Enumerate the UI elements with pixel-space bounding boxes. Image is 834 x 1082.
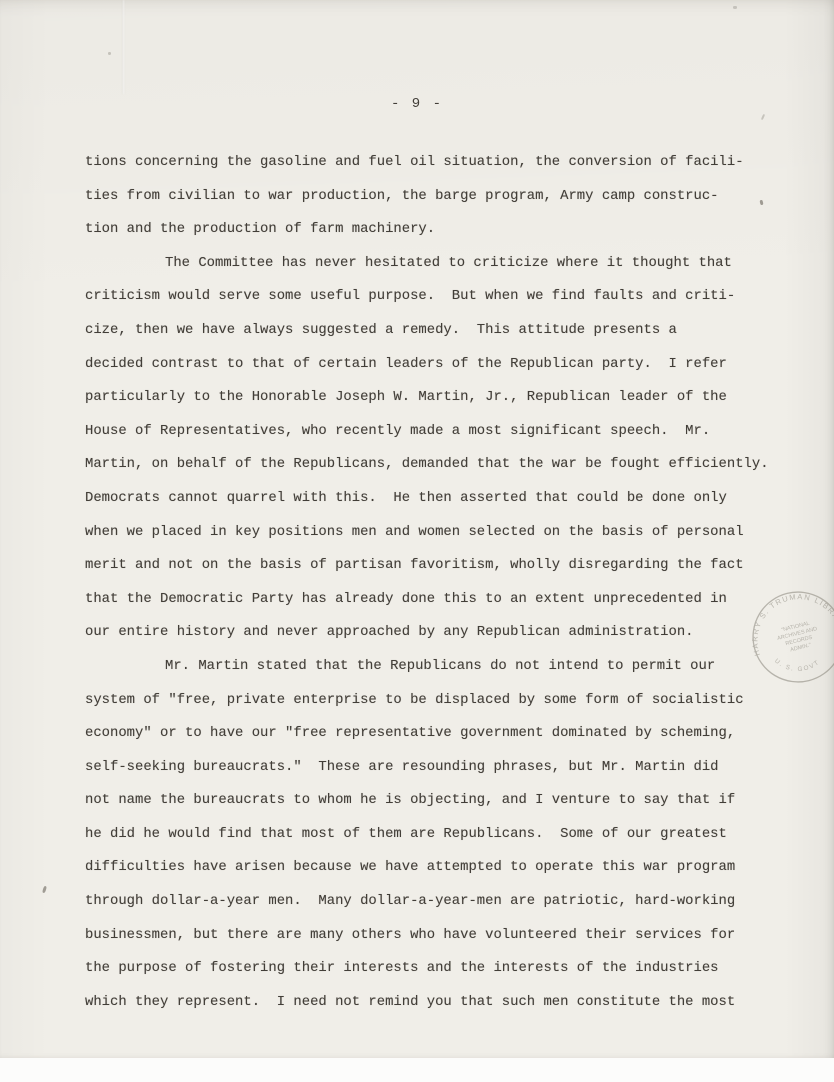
- text-line: Mr. Martin stated that the Republicans d…: [85, 650, 785, 684]
- text-line: tions concerning the gasoline and fuel o…: [85, 146, 785, 180]
- text-line: he did he would find that most of them a…: [85, 818, 785, 852]
- text-line: Democrats cannot quarrel with this. He t…: [85, 482, 785, 516]
- text-line: through dollar-a-year men. Many dollar-a…: [85, 885, 785, 919]
- paper-speck: [733, 6, 737, 9]
- text-line: tion and the production of farm machiner…: [85, 213, 785, 247]
- text-line: criticism would serve some useful purpos…: [85, 280, 785, 314]
- text-line: Martin, on behalf of the Republicans, de…: [85, 448, 785, 482]
- text-line: decided contrast to that of certain lead…: [85, 348, 785, 382]
- text-line: when we placed in key positions men and …: [85, 516, 785, 550]
- text-line: that the Democratic Party has already do…: [85, 583, 785, 617]
- text-line: particularly to the Honorable Joseph W. …: [85, 381, 785, 415]
- text-line: The Committee has never hesitated to cri…: [85, 247, 785, 281]
- scanned-page: - 9 - tions concerning the gasoline and …: [0, 0, 834, 1082]
- text-line: economy" or to have our "free representa…: [85, 717, 785, 751]
- text-line: our entire history and never approached …: [85, 616, 785, 650]
- text-line: merit and not on the basis of partisan f…: [85, 549, 785, 583]
- text-line: the purpose of fostering their interests…: [85, 952, 785, 986]
- document-body: tions concerning the gasoline and fuel o…: [85, 146, 785, 1019]
- stamp-center-text: "NATIONAL ARCHIVES AND RECORDS ADMIN.": [775, 619, 821, 656]
- stamp-arc-bottom-text: U. S. GOVT: [772, 648, 822, 680]
- text-line: system of "free, private enterprise to b…: [85, 684, 785, 718]
- text-line: cize, then we have always suggested a re…: [85, 314, 785, 348]
- text-line: difficulties have arisen because we have…: [85, 851, 785, 885]
- text-line: which they represent. I need not remind …: [85, 986, 785, 1020]
- paper-speck: [108, 52, 111, 55]
- text-line: ties from civilian to war production, th…: [85, 180, 785, 214]
- text-line: businessmen, but there are many others w…: [85, 919, 785, 953]
- paper-fold-crease: [122, 0, 125, 94]
- text-line: House of Representatives, who recently m…: [85, 415, 785, 449]
- text-line: not name the bureaucrats to whom he is o…: [85, 784, 785, 818]
- page-number: - 9 -: [0, 96, 834, 112]
- text-line: self-seeking bureaucrats." These are res…: [85, 751, 785, 785]
- archive-stamp: HARRY S. TRUMAN LIBRARY U. S. GOVT "NATI…: [749, 588, 834, 686]
